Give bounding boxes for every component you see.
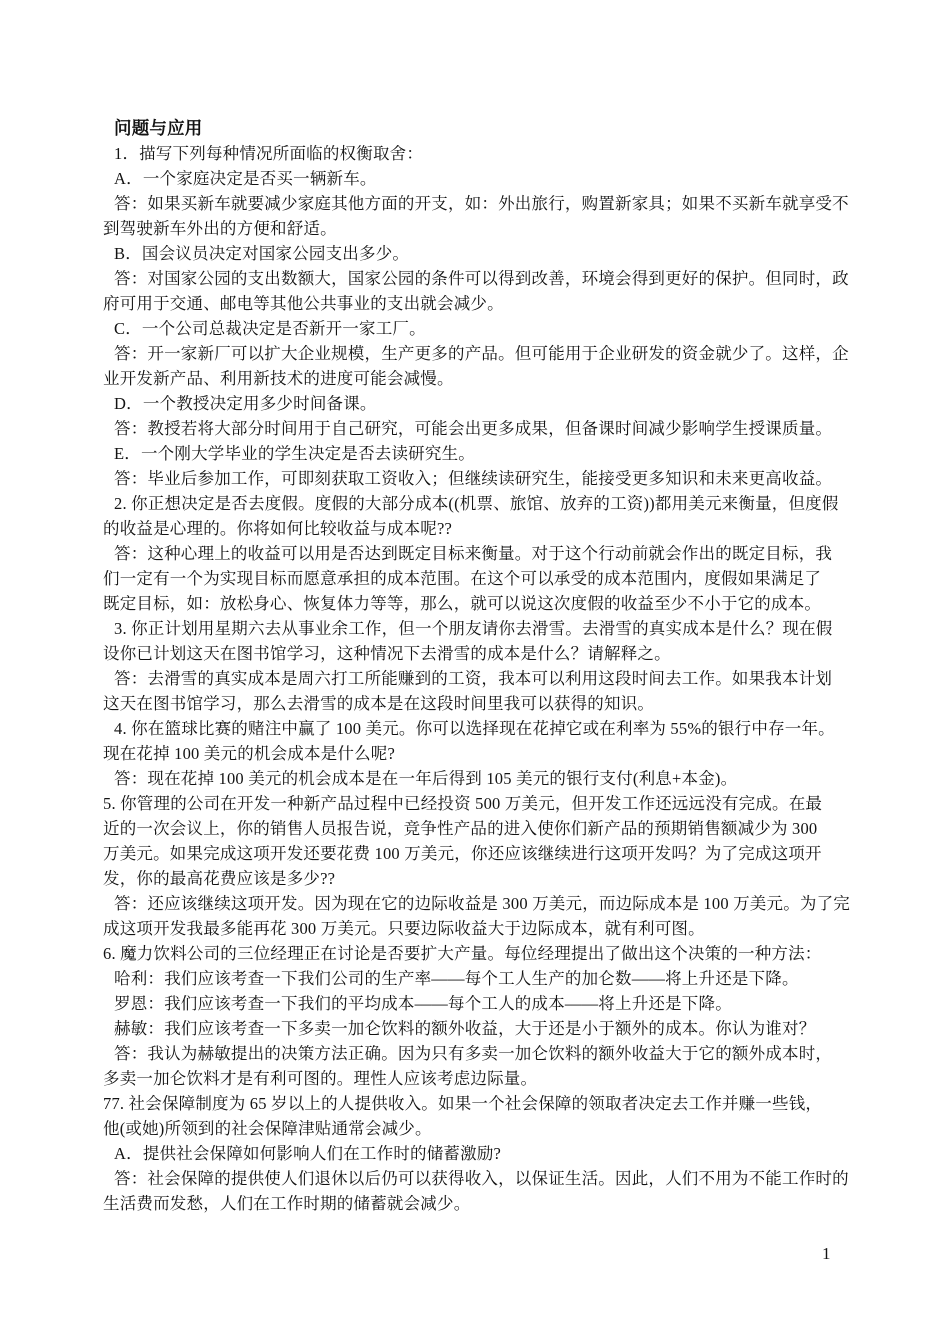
text-line: 答：开一家新厂可以扩大企业规模，生产更多的产品。但可能用于企业研发的资金就少了。…: [103, 341, 843, 366]
document-body: 问题与应用1．描写下列每种情况所面临的权衡取舍：A．一个家庭决定是否买一辆新车。…: [103, 116, 843, 1216]
text-line: B．国会议员决定对国家公园支出多少。: [103, 241, 843, 266]
text-line: 5. 你管理的公司在开发一种新产品过程中已经投资 500 万美元，但开发工作还远…: [103, 791, 843, 816]
text-line: 的收益是心理的。你将如何比较收益与成本呢??: [103, 516, 843, 541]
text-line: 业开发新产品、利用新技术的进度可能会减慢。: [103, 366, 843, 391]
text-line: 他(或她)所领到的社会保障津贴通常会减少。: [103, 1116, 843, 1141]
text-line: 3. 你正计划用星期六去从事业余工作，但一个朋友请你去滑雪。去滑雪的真实成本是什…: [103, 616, 843, 641]
text-line: 答：社会保障的提供使人们退休以后仍可以获得收入，以保证生活。因此，人们不用为不能…: [103, 1166, 843, 1191]
text-line: D．一个教授决定用多少时间备课。: [103, 391, 843, 416]
text-line: 哈利：我们应该考查一下我们公司的生产率——每个工人生产的加仑数——将上升还是下降…: [103, 966, 843, 991]
text-line: 77. 社会保障制度为 65 岁以上的人提供收入。如果一个社会保障的领取者决定去…: [103, 1091, 843, 1116]
text-line: 答：教授若将大部分时间用于自己研究，可能会出更多成果，但备课时间减少影响学生授课…: [103, 416, 843, 441]
document-title: 问题与应用: [103, 116, 843, 141]
page-number: 1: [822, 1243, 831, 1265]
text-line: 这天在图书馆学习，那么去滑雪的成本是在这段时间里我可以获得的知识。: [103, 691, 843, 716]
text-line: C．一个公司总裁决定是否新开一家工厂。: [103, 316, 843, 341]
text-line: 们一定有一个为实现目标而愿意承担的成本范围。在这个可以承受的成本范围内，度假如果…: [103, 566, 843, 591]
text-line: 答：现在花掉 100 美元的机会成本是在一年后得到 105 美元的银行支付(利息…: [103, 766, 843, 791]
text-line: 答：如果买新车就要减少家庭其他方面的开支，如：外出旅行，购置新家具；如果不买新车…: [103, 191, 843, 216]
text-line: A．提供社会保障如何影响人们在工作时的储蓄激励?: [103, 1141, 843, 1166]
text-line: E．一个刚大学毕业的学生决定是否去读研究生。: [103, 441, 843, 466]
text-line: 设你已计划这天在图书馆学习，这种情况下去滑雪的成本是什么？请解释之。: [103, 641, 843, 666]
text-line: 万美元。如果完成这项开发还要花费 100 万美元，你还应该继续进行这项开发吗？为…: [103, 841, 843, 866]
text-line: 罗恩：我们应该考查一下我们的平均成本——每个工人的成本——将上升还是下降。: [103, 991, 843, 1016]
text-line: 多卖一加仑饮料才是有利可图的。理性人应该考虑边际量。: [103, 1066, 843, 1091]
text-line: 府可用于交通、邮电等其他公共事业的支出就会减少。: [103, 291, 843, 316]
text-line: 现在花掉 100 美元的机会成本是什么呢?: [103, 741, 843, 766]
text-line: 答：去滑雪的真实成本是周六打工所能赚到的工资，我本可以利用这段时间去工作。如果我…: [103, 666, 843, 691]
text-line: 既定目标，如：放松身心、恢复体力等等，那么，就可以说这次度假的收益至少不小于它的…: [103, 591, 843, 616]
text-line: 答：这种心理上的收益可以用是否达到既定目标来衡量。对于这个行动前就会作出的既定目…: [103, 541, 843, 566]
text-line: 发，你的最高花费应该是多少??: [103, 866, 843, 891]
text-line: 成这项开发我最多能再花 300 万美元。只要边际收益大于边际成本，就有利可图。: [103, 916, 843, 941]
text-line: A．一个家庭决定是否买一辆新车。: [103, 166, 843, 191]
text-line: 2. 你正想决定是否去度假。度假的大部分成本((机票、旅馆、放弃的工资))都用美…: [103, 491, 843, 516]
text-line: 答：对国家公园的支出数额大，国家公园的条件可以得到改善，环境会得到更好的保护。但…: [103, 266, 843, 291]
text-line: 4. 你在篮球比赛的赌注中赢了 100 美元。你可以选择现在花掉它或在利率为 5…: [103, 716, 843, 741]
text-line: 近的一次会议上，你的销售人员报告说，竞争性产品的进入使你们新产品的预期销售额减少…: [103, 816, 843, 841]
text-line: 答：我认为赫敏提出的决策方法正确。因为只有多卖一加仑饮料的额外收益大于它的额外成…: [103, 1041, 843, 1066]
text-line: 赫敏：我们应该考查一下多卖一加仑饮料的额外收益，大于还是小于额外的成本。你认为谁…: [103, 1016, 843, 1041]
text-line: 答：毕业后参加工作，可即刻获取工资收入；但继续读研究生，能接受更多知识和未来更高…: [103, 466, 843, 491]
text-line: 答：还应该继续这项开发。因为现在它的边际收益是 300 万美元，而边际成本是 1…: [103, 891, 843, 916]
text-line: 生活费而发愁，人们在工作时期的储蓄就会减少。: [103, 1191, 843, 1216]
document-page: 问题与应用1．描写下列每种情况所面临的权衡取舍：A．一个家庭决定是否买一辆新车。…: [0, 0, 950, 1344]
text-line: 到驾驶新车外出的方便和舒适。: [103, 216, 843, 241]
text-line: 6. 魔力饮料公司的三位经理正在讨论是否要扩大产量。每位经理提出了做出这个决策的…: [103, 941, 843, 966]
text-line: 1．描写下列每种情况所面临的权衡取舍：: [103, 141, 843, 166]
